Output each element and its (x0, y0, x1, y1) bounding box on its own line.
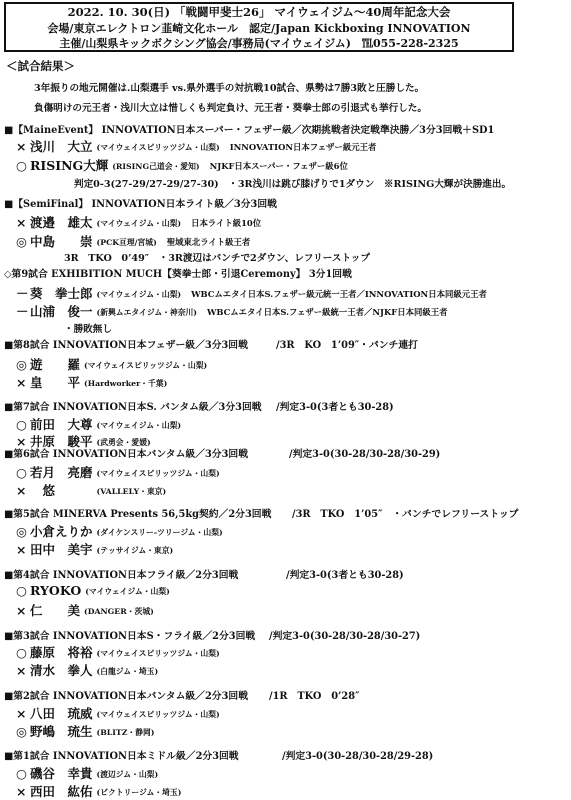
event-date-title: 2022. 10. 30(日) 「戦闘甲斐士26」 マイウェイジム～40周年記念… (6, 5, 512, 21)
bout-title-main-event: ■【MaineEvent】 INNOVATION日本スーパー・フェザー級／次期挑… (4, 122, 494, 136)
result-mark: × (16, 215, 30, 230)
fighter-gym: (マイウェイスピリッツジム・山梨) (97, 649, 220, 658)
fighter-gym: (白龍ジム・埼玉) (97, 667, 159, 676)
result-mark: × (16, 375, 30, 390)
result-mark: ○ (16, 583, 30, 598)
fighter-row: × 悠 (VALLELY・東京) (16, 481, 166, 499)
fighter-name: 西田 紘佑 (30, 784, 93, 799)
bout-title-text: ■第1試合 INNOVATION日本ミドル級／2分3回戦 (4, 751, 239, 762)
result-mark: × (16, 706, 30, 721)
fighter-row: ○RYOKO(マイウェイジム・山梨) (16, 583, 170, 598)
bout-result-note: 3R TKO 0’49″ ・3R渡辺はパンチで2ダウン、レフリーストップ (64, 250, 370, 264)
fighter-gym: (RISING己道会・愛知) (112, 162, 199, 171)
result-mark: ○ (16, 158, 30, 173)
fighter-row: ○前田 大尊(マイウェイジム・山梨) (16, 415, 181, 433)
bout-result: /1R TKO 0’28″ (269, 688, 359, 702)
fighter-name: 悠 (30, 483, 93, 498)
bout-title-1: ■第1試合 INNOVATION日本ミドル級／2分3回戦 /判定3-0(30-2… (4, 748, 564, 762)
fighter-row: ×清水 拳人(白龍ジム・埼玉) (16, 661, 158, 679)
fighter-name: 野嶋 琉生 (30, 724, 93, 739)
result-mark: × (16, 139, 30, 154)
fighter-gym: (PCK亘理/宮城) (97, 238, 157, 247)
bout-result: /判定3-0(30-28/30-28/29-28) (282, 748, 433, 762)
bout-title-text: ■第4試合 INNOVATION日本フライ級／2分3回戦 (4, 570, 238, 581)
fighter-row: ○藤原 将裕(マイウェイスピリッツジム・山梨) (16, 643, 220, 661)
result-mark: ○ (16, 766, 30, 781)
fighter-gym: (マイウェイスピリッツジム・山梨) (97, 143, 220, 152)
fighter-title: 聖域東北ライト級王者 (167, 237, 251, 247)
fighter-gym: (VALLELY・東京) (97, 487, 167, 496)
bout-result-note: ・勝敗無し (64, 321, 112, 335)
fighter-gym: (DANGER・茨城) (84, 607, 154, 616)
fighter-gym: (マイウェイジム・山梨) (97, 290, 182, 299)
fighter-gym: (マイウェイジム・山梨) (85, 587, 170, 596)
fighter-name: 藤原 将裕 (30, 645, 93, 660)
fighter-name: 渡邉 雄太 (30, 215, 93, 230)
bout-title-7: ■第7試合 INNOVATION日本S. バンタム級／3分3回戦 /判定3-0(… (4, 399, 564, 413)
bout-title-8: ■第8試合 INNOVATION日本フェザー級／3分3回戦 /3R KO 1’0… (4, 337, 564, 351)
bout-result: /判定3-0(30-28/30-28/30-27) (269, 628, 420, 642)
bout-title-text: ■第2試合 INNOVATION日本バンタム級／2分3回戦 (4, 691, 248, 702)
fighter-gym: (Hardworker・千葉) (84, 379, 167, 388)
bout-title-4: ■第4試合 INNOVATION日本フライ級／2分3回戦 /判定3-0(3者とも… (4, 567, 564, 581)
fighter-name: 清水 拳人 (30, 663, 93, 678)
result-mark: ○ (16, 465, 30, 480)
bout-title-6: ■第6試合 INNOVATION日本バンタム級／3分3回戦 /判定3-0(30-… (4, 446, 564, 460)
bout-result: /判定3-0(30-28/30-28/30-29) (289, 446, 440, 460)
result-mark: × (16, 603, 30, 618)
fighter-name: 葵 拳士郎 (30, 286, 93, 301)
bout-result: /判定3-0(3者とも30-28) (286, 567, 404, 581)
fighter-name: 小倉えりか (30, 524, 93, 539)
result-mark: × (16, 483, 30, 498)
result-mark: ○ (16, 417, 30, 432)
fighter-row: ×仁 美(DANGER・茨城) (16, 601, 154, 619)
bout-result: /3R KO 1’09″・パンチ連打 (276, 337, 418, 351)
bout-title-text: ■第3試合 INNOVATION日本S・フライ級／2分3回戦 (4, 631, 255, 642)
result-mark: ◎ (16, 724, 30, 739)
fighter-name: 山浦 俊一 (30, 304, 93, 319)
fighter-row: ○若月 亮磨(マイウェイスピリッツジム・山梨) (16, 463, 220, 481)
result-mark: × (16, 542, 30, 557)
fighter-title: INNOVATION日本フェザー級元王者 (230, 142, 377, 152)
fighter-gym: (BLITZ・静岡) (97, 728, 155, 737)
bout-title-semi-final: ■【SemiFinal】 INNOVATION日本ライト級／3分3回戦 (4, 196, 277, 210)
fighter-row: －山浦 俊一(新興ムエタイジム・神奈川)WBCムエタイ日本S.フェザー級統一王者… (16, 302, 447, 320)
summary-line: 3年振りの地元開催は.山梨選手 vs.県外選手の対抗戦10試合、県勢は7勝3敗と… (34, 80, 424, 94)
result-mark: ○ (16, 645, 30, 660)
result-mark: ◎ (16, 234, 30, 249)
fighter-name: RYOKO (30, 583, 81, 598)
fighter-title: WBCムエタイ日本S.フェザー級元統一王者／INNOVATION日本同級元王者 (191, 289, 487, 299)
result-mark: × (16, 663, 30, 678)
fighter-gym: (新興ムエタイジム・神奈川) (97, 308, 197, 317)
fighter-gym: (マイウェイスピリッツジム・山梨) (97, 469, 220, 478)
fighter-gym: (渡辺ジム・山梨) (97, 770, 159, 779)
bout-title-9: ◇第9試合 EXHIBITION MUCH【葵拳士郎・引退Ceremony】 3… (4, 266, 352, 280)
fighter-name: 遊 羅 (30, 357, 80, 372)
result-mark: ◎ (16, 524, 30, 539)
bout-title-text: ■第6試合 INNOVATION日本バンタム級／3分3回戦 (4, 449, 248, 460)
bout-title-text: ■第5試合 MINERVA Presents 56,5kg契約／2分3回戦 (4, 509, 271, 520)
fighter-gym: (マイウェイスピリッツジム・山梨) (97, 710, 220, 719)
result-mark: － (16, 302, 30, 320)
event-organizer: 主催/山梨県キックボクシング協会/事務局(マイウェイジム) ℡055-228-2… (6, 36, 512, 52)
bout-title-text: ■第8試合 INNOVATION日本フェザー級／3分3回戦 (4, 340, 248, 351)
fighter-row: ◎遊 羅(マイウェイスピリッツジム・山梨) (16, 355, 207, 373)
fighter-name: 磯谷 幸貴 (30, 766, 93, 781)
bout-title-3: ■第3試合 INNOVATION日本S・フライ級／2分3回戦 /判定3-0(30… (4, 628, 564, 642)
bout-result: /判定3-0(3者とも30-28) (276, 399, 394, 413)
fighter-row: ○RISING大輝(RISING己道会・愛知)NJKF日本スーパー・フェザー級6… (16, 156, 348, 174)
fighter-name: 若月 亮磨 (30, 465, 93, 480)
bout-title-5: ■第5試合 MINERVA Presents 56,5kg契約／2分3回戦 /3… (4, 506, 564, 520)
fighter-name: 八田 琉威 (30, 706, 93, 721)
fighter-row: ×渡邉 雄太(マイウェイジム・山梨)日本ライト級10位 (16, 213, 261, 231)
fighter-row: ◎小倉えりか(ダイケンスリー-ツリージム・山梨) (16, 522, 223, 540)
fighter-name: 中島 崇 (30, 234, 93, 249)
fighter-row: ×皇 平(Hardworker・千葉) (16, 373, 167, 391)
bout-result: /3R TKO 1’05″ ・パンチでレフリーストップ (292, 506, 518, 520)
fighter-name: RISING大輝 (30, 158, 108, 173)
bout-title-text: ■第7試合 INNOVATION日本S. バンタム級／3分3回戦 (4, 402, 262, 413)
fighter-gym: (マイウェイジム・山梨) (97, 219, 182, 228)
event-venue: 会場/東京エレクトロン韮崎文化ホール 認定/Japan Kickboxing I… (6, 21, 512, 37)
fighter-row: ×西田 紘佑(ビクトリージム・埼玉) (16, 782, 181, 800)
fighter-title: WBCムエタイ日本S.フェザー級統一王者／NJKF日本同級王者 (207, 307, 447, 317)
fighter-name: 前田 大尊 (30, 417, 93, 432)
fighter-name: 田中 美宇 (30, 542, 93, 557)
results-section-label: ＜試合結果＞ (6, 58, 75, 74)
fighter-row: －葵 拳士郎(マイウェイジム・山梨)WBCムエタイ日本S.フェザー級元統一王者／… (16, 284, 487, 302)
fighter-title: NJKF日本スーパー・フェザー級6位 (210, 161, 348, 171)
bout-title-2: ■第2試合 INNOVATION日本バンタム級／2分3回戦 /1R TKO 0’… (4, 688, 564, 702)
fighter-row: ◎中島 崇(PCK亘理/宮城)聖域東北ライト級王者 (16, 232, 250, 250)
result-mark: × (16, 784, 30, 799)
fighter-row: ×田中 美宇(テッサイジム・東京) (16, 540, 173, 558)
fighter-name: 皇 平 (30, 375, 80, 390)
fighter-name: 浅川 大立 (30, 139, 93, 154)
fighter-row: ×浅川 大立(マイウェイスピリッツジム・山梨)INNOVATION日本フェザー級… (16, 137, 376, 155)
fighter-gym: (マイウェイスピリッツジム・山梨) (84, 361, 207, 370)
result-mark: － (16, 284, 30, 302)
fighter-name: 仁 美 (30, 603, 80, 618)
fighter-row: ○磯谷 幸貴(渡辺ジム・山梨) (16, 764, 158, 782)
summary-line: 負傷明けの元王者・浅川大立は惜しくも判定負け、元王者・葵拳士郎の引退式も挙行した… (34, 100, 427, 114)
fighter-row: ◎野嶋 琉生(BLITZ・静岡) (16, 722, 155, 740)
result-mark: ◎ (16, 357, 30, 372)
bout-result-note: 判定0-3(27-29/27-29/27-30) ・3R浅川は跳び膝げりで1ダウ… (74, 176, 511, 190)
fighter-gym: (マイウェイジム・山梨) (97, 421, 182, 430)
fighter-title: 日本ライト級10位 (191, 218, 261, 228)
fighter-gym: (テッサイジム・東京) (97, 546, 174, 555)
fighter-gym: (ダイケンスリー-ツリージム・山梨) (97, 528, 223, 537)
event-header-box: 2022. 10. 30(日) 「戦闘甲斐士26」 マイウェイジム～40周年記念… (4, 2, 514, 52)
fighter-row: ×八田 琉威(マイウェイスピリッツジム・山梨) (16, 704, 220, 722)
fighter-gym: (ビクトリージム・埼玉) (97, 788, 182, 797)
